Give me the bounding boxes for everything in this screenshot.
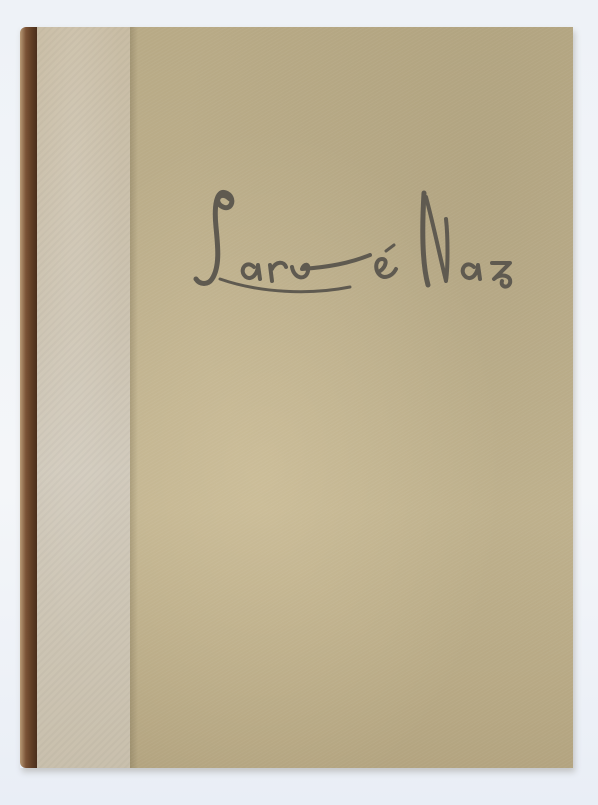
book: Saro-e Naz	[20, 27, 573, 768]
cover-board: Saro-e Naz	[130, 27, 573, 768]
calligraphy-title-graphic	[190, 167, 550, 302]
spine-edge	[20, 27, 37, 768]
spine-leather-strip	[37, 27, 131, 768]
cover-title: Saro-e Naz	[190, 167, 550, 302]
cover-hinge	[130, 27, 138, 768]
